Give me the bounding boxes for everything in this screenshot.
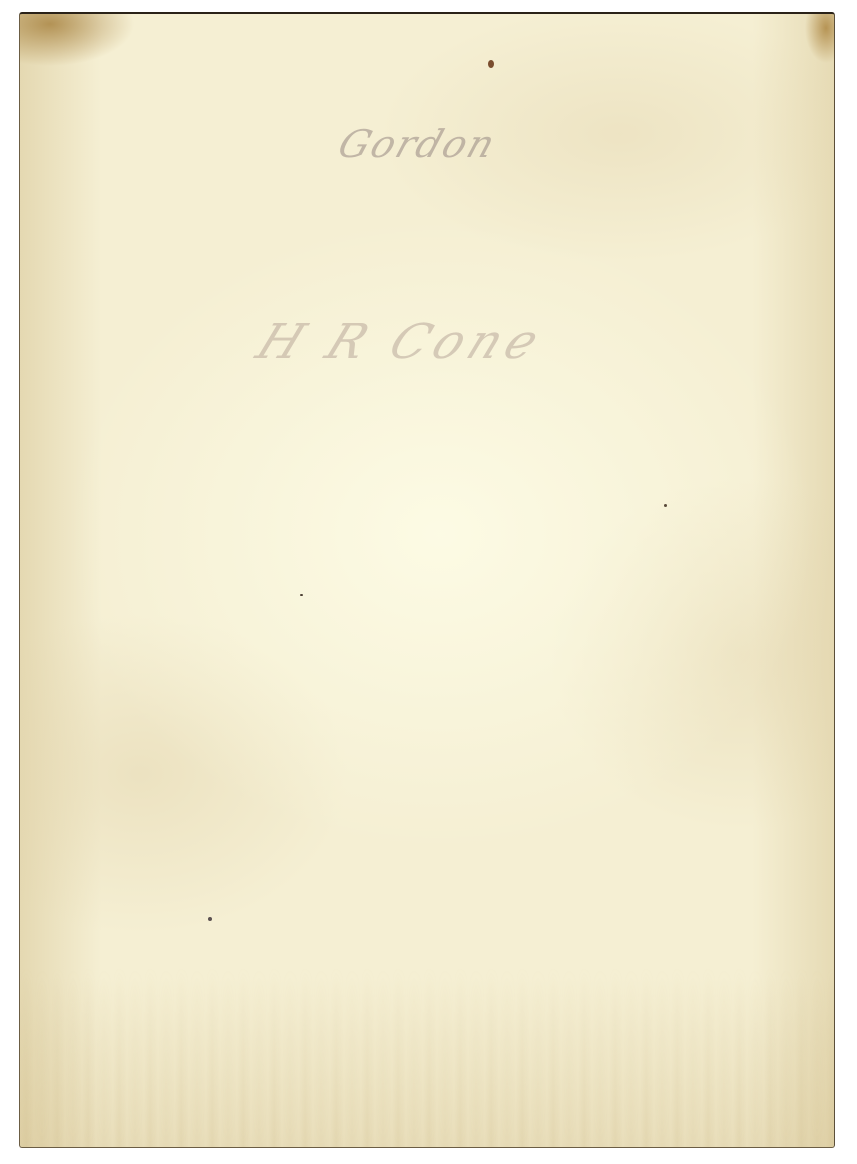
age-stain-streaks bbox=[20, 967, 834, 1147]
pencil-inscription-bottom: H R Cone bbox=[249, 314, 553, 370]
pencil-inscription-top: Gordon bbox=[333, 122, 502, 166]
foxing-spot bbox=[664, 504, 667, 507]
foxing-spot bbox=[208, 917, 212, 921]
foxing-spot bbox=[300, 594, 303, 596]
foxing-spot bbox=[488, 60, 494, 68]
photo-card-back: Gordon H R Cone bbox=[19, 12, 835, 1148]
